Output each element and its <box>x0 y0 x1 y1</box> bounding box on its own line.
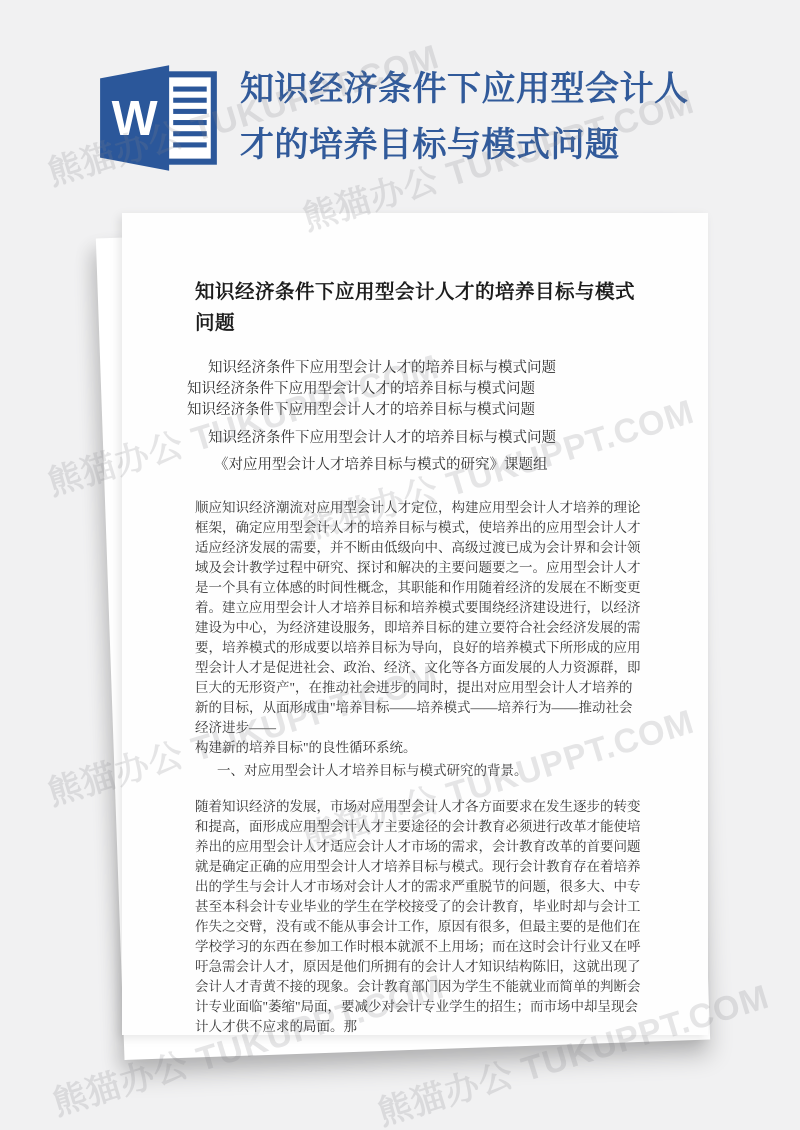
doc-section-heading: 一、对应用型会计人才培养目标与模式研究的背景。 <box>195 761 641 781</box>
doc-subtitle-line: 知识经济条件下应用型会计人才的培养目标与模式问题 <box>187 379 641 400</box>
doc-paragraph: 构建新的培养目标"的良性循环系统。 <box>195 738 641 758</box>
word-file-icon: W <box>94 62 226 174</box>
doc-author-line: 《对应用型会计人才培养目标与模式的研究》课题组 <box>214 455 641 476</box>
doc-paragraph: 顺应知识经济潮流对应用型会计人才定位，构建应用型会计人才培养的理论框架，确定应用… <box>195 498 641 738</box>
page-title: 知识经济条件下应用型会计人才的培养目标与模式问题 <box>240 62 694 174</box>
doc-subtitle-line: 知识经济条件下应用型会计人才的培养目标与模式问题 <box>208 428 641 449</box>
page-background: W 知识经济条件下应用型会计人才的培养目标与模式问题 知识经济条件下应用型会计人… <box>0 0 800 1130</box>
doc-subtitle-block: 知识经济条件下应用型会计人才的培养目标与模式问题 知识经济条件下应用型会计人才的… <box>195 358 641 476</box>
word-icon-letter: W <box>112 92 158 146</box>
doc-subtitle-line: 知识经济条件下应用型会计人才的培养目标与模式问题 <box>208 358 641 379</box>
paper-preview: 知识经济条件下应用型会计人才的培养目标与模式问题 知识经济条件下应用型会计人才的… <box>122 213 708 1035</box>
doc-subtitle-line: 知识经济条件下应用型会计人才的培养目标与模式问题 <box>187 400 641 421</box>
doc-title: 知识经济条件下应用型会计人才的培养目标与模式问题 <box>195 277 640 339</box>
doc-paragraph: 随着知识经济的发展，市场对应用型会计人才各方面要求在发生逐步的转变和提高，面形成… <box>195 797 641 1037</box>
